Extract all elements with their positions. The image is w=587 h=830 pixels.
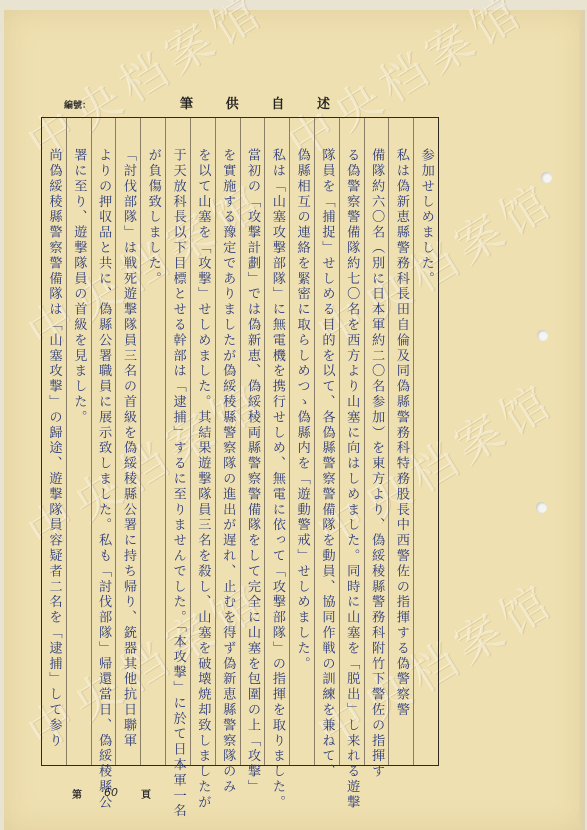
title-char: 筆 — [180, 93, 193, 112]
page-suffix: 頁 — [141, 786, 151, 801]
column-text: を實施する豫定でありましたが偽綏稜縣警察隊の進出が遅れ、止むを得ず偽新恵縣警察隊… — [221, 118, 234, 765]
manuscript-grid: 参加せしめました。 私は偽新恵縣警務科長田自倫及同偽縣警務科特務股長中西警佐の指… — [41, 117, 439, 766]
page-prefix: 第 — [72, 786, 82, 801]
punch-hole — [541, 172, 552, 183]
text-column: が負傷致しました。 — [140, 118, 165, 765]
column-text: を以て山塞を「攻撃」せしめました。其結果遊撃隊員三名を殺し、山塞を破壊焼却致しま… — [196, 118, 209, 765]
text-column: 「討伐部隊」は戦死遊撃隊員三名の首級を偽綏稜縣公署に持ち帰り、銃器其他抗日聯軍 — [115, 118, 140, 765]
column-text: 私は偽新恵縣警務科長田自倫及同偽縣警務科特務股長中西警佐の指揮する偽警察警 — [395, 118, 408, 765]
column-text: 于天放科長以下目標とせる幹部は「逮捕」するに至りませんでした。「本攻撃」に於て日… — [171, 118, 184, 765]
paper-edge — [579, 10, 585, 830]
column-text: 参加せしめました。 — [419, 118, 432, 765]
title-char: 自 — [271, 93, 284, 112]
text-column: 于天放科長以下目標とせる幹部は「逮捕」するに至りませんでした。「本攻撃」に於て日… — [165, 118, 190, 765]
punch-hole — [537, 330, 548, 341]
column-text: 偽縣相互の連絡を緊密に取らしめつゝ偽縣内を「遊動警戒」せしめました。 — [295, 118, 308, 765]
page-number: 60 — [104, 786, 118, 799]
text-column: 備隊約六〇名（別に日本軍約二〇名参加）を東方より、偽綏稜縣警務科附竹下警佐の指揮… — [364, 118, 389, 765]
text-column: 當初の「攻撃計劃」では偽新恵、偽綏稜両縣警察警備隊をして完全に山塞を包圍の上「攻… — [240, 118, 265, 765]
column-text: 尚偽綏稜縣警察警備隊は「山塞攻撃」の歸途、遊撃隊員容疑者二名を「逮捕」して参り — [47, 118, 60, 765]
punch-hole — [536, 502, 547, 513]
text-column: る偽警察警備隊約七〇名を西方より山塞に向はしめました。同時に山塞を「脱出」し来れ… — [339, 118, 364, 765]
text-column: を實施する豫定でありましたが偽綏稜縣警察隊の進出が遅れ、止むを得ず偽新恵縣警察隊… — [215, 118, 240, 765]
text-column: を以て山塞を「攻撃」せしめました。其結果遊撃隊員三名を殺し、山塞を破壊焼却致しま… — [190, 118, 215, 765]
column-text: 備隊約六〇名（別に日本軍約二〇名参加）を東方より、偽綏稜縣警務科附竹下警佐の指揮… — [370, 118, 383, 765]
column-text: が負傷致しました。 — [147, 118, 160, 765]
serial-number-label: 編號： — [64, 98, 91, 111]
column-text: 署に至り、遊撃隊員の首級を見ました。 — [72, 118, 85, 765]
text-column: 参加せしめました。 — [413, 118, 438, 765]
text-column: 尚偽綏稜縣警察警備隊は「山塞攻撃」の歸途、遊撃隊員容疑者二名を「逮捕」して参り — [42, 118, 66, 765]
column-text: 「討伐部隊」は戦死遊撃隊員三名の首級を偽綏稜縣公署に持ち帰り、銃器其他抗日聯軍 — [122, 118, 135, 765]
column-text: 隊員を「捕捉」せしめる目的を以て、各偽縣警察警備隊を動員、協同作戦の訓練を兼ねて… — [320, 118, 333, 765]
column-text: 私は「山塞攻撃部隊」に無電機を携行せしめ、無電に依って「攻撃部隊」の指揮を取りま… — [271, 118, 284, 765]
column-text: 當初の「攻撃計劃」では偽新恵、偽綏稜両縣警察警備隊をして完全に山塞を包圍の上「攻… — [246, 118, 259, 765]
title-char: 述 — [317, 93, 330, 112]
column-text: よりの押収品と共に、偽縣公署職員に展示致しました。私も「討伐部隊」帰還當日、偽綏… — [97, 118, 110, 765]
text-column: 署に至り、遊撃隊員の首級を見ました。 — [66, 118, 91, 765]
text-column: 私は「山塞攻撃部隊」に無電機を携行せしめ、無電に依って「攻撃部隊」の指揮を取りま… — [264, 118, 289, 765]
text-column: よりの押収品と共に、偽縣公署職員に展示致しました。私も「討伐部隊」帰還當日、偽綏… — [91, 118, 116, 765]
text-column: 私は偽新恵縣警務科長田自倫及同偽縣警務科特務股長中西警佐の指揮する偽警察警 — [388, 118, 413, 765]
column-text: る偽警察警備隊約七〇名を西方より山塞に向はしめました。同時に山塞を「脱出」し来れ… — [345, 118, 358, 765]
text-column: 偽縣相互の連絡を緊密に取らしめつゝ偽縣内を「遊動警戒」せしめました。 — [289, 118, 314, 765]
document-title: 筆 供 自 述 — [180, 93, 330, 112]
title-char: 供 — [226, 93, 239, 112]
text-column: 隊員を「捕捉」せしめる目的を以て、各偽縣警察警備隊を動員、協同作戦の訓練を兼ねて… — [314, 118, 339, 765]
